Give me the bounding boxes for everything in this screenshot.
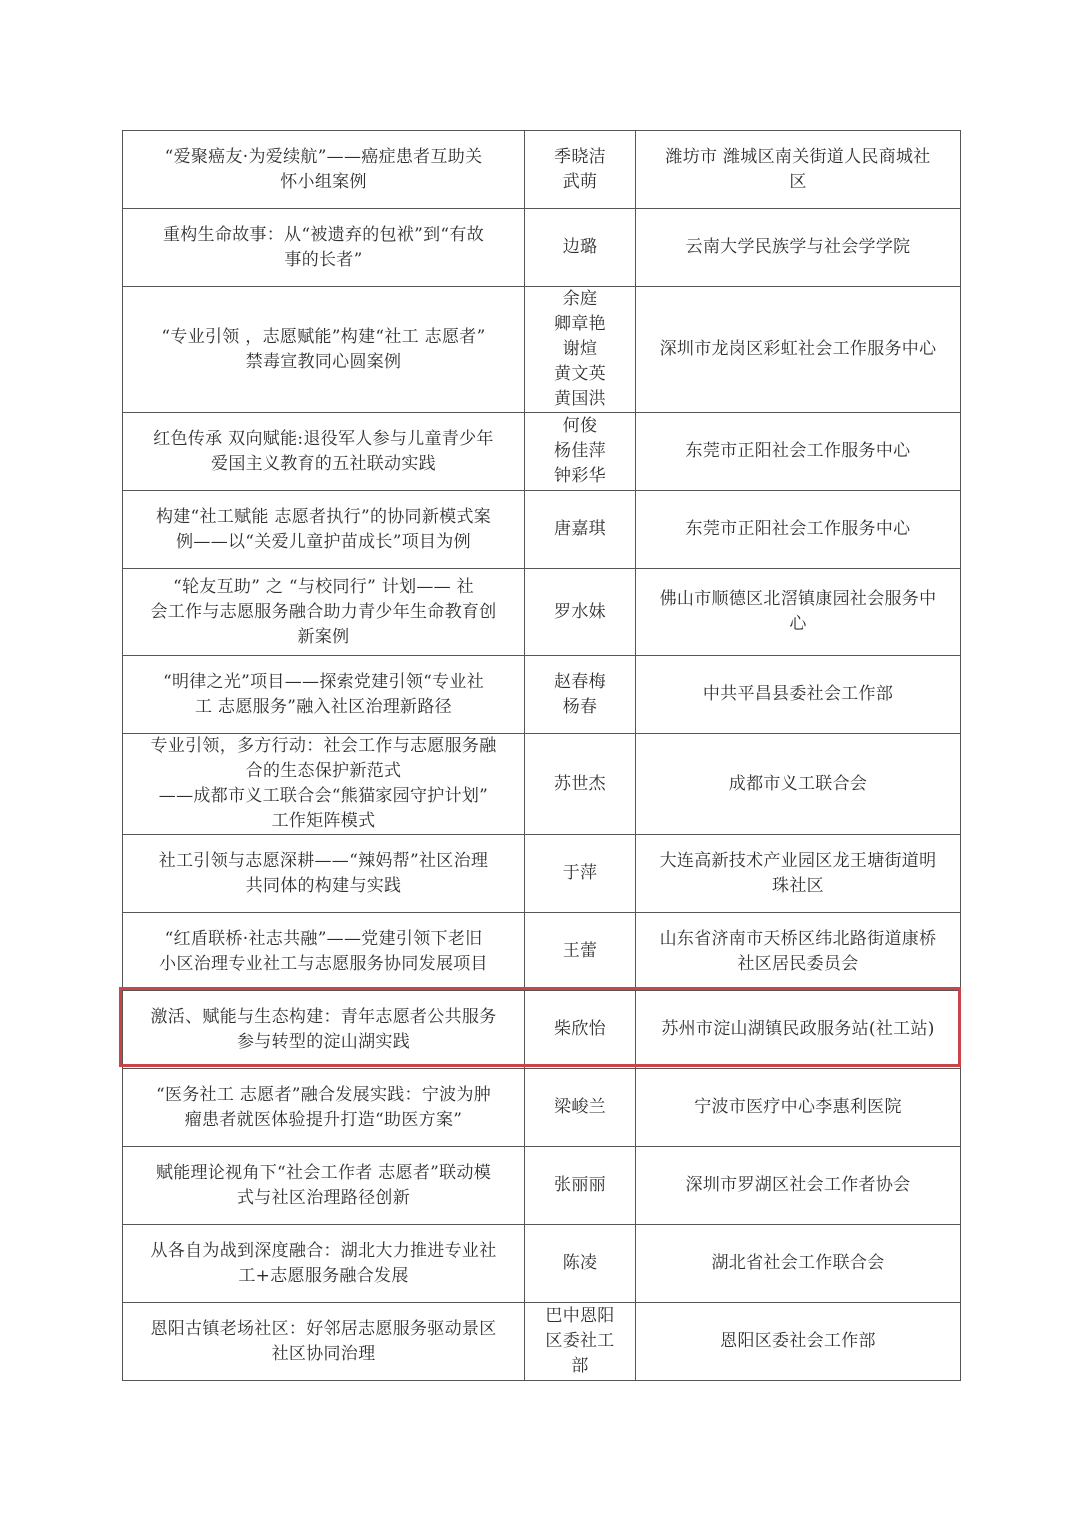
- table-row: 赋能理论视角下“社会工作者 志愿者”联动模式与社区治理路径创新张丽丽深圳市罗湖区…: [123, 1147, 961, 1225]
- author-name: 柴欣怡: [533, 1017, 627, 1042]
- organization-cell: 东莞市正阳社会工作服务中心: [636, 491, 961, 569]
- author-name: 杨春: [533, 695, 627, 720]
- table-row: 红色传承 双向赋能:退役军人参与儿童青少年爱国主义教育的五社联动实践何俊杨佳萍钟…: [123, 413, 961, 491]
- authors-cell: 唐嘉琪: [525, 491, 636, 569]
- organization-cell: 恩阳区委社会工作部: [636, 1303, 961, 1381]
- org-line: 佛山市顺德区北滘镇康园社会服务中: [644, 587, 952, 612]
- org-line: 湖北省社会工作联合会: [644, 1251, 952, 1276]
- title-line: 工作矩阵模式: [131, 809, 516, 834]
- organization-cell: 潍坊市 潍城区南关街道人民商城社区: [636, 131, 961, 209]
- title-line: 红色传承 双向赋能:退役军人参与儿童青少年: [131, 427, 516, 452]
- title-line: 参与转型的淀山湖实践: [131, 1030, 516, 1055]
- title-line: 专业引领，多方行动：社会工作与志愿服务融: [131, 734, 516, 759]
- authors-cell: 余庭卿章艳谢煊黄文英黄国洪: [525, 287, 636, 413]
- org-line: 珠社区: [644, 874, 952, 899]
- org-line: 宁波市医疗中心李惠利医院: [644, 1095, 952, 1120]
- title-line: “专业引领 ，志愿赋能”构建“社工 志愿者”: [131, 325, 516, 350]
- org-line: 区: [644, 170, 952, 195]
- author-name: 区委社工: [533, 1329, 627, 1354]
- table-body: “爱聚癌友·为爱续航”——癌症患者互助关怀小组案例季晓洁武萌潍坊市 潍城区南关街…: [123, 131, 961, 1381]
- title-line: 瘤患者就医体验提升打造“助医方案”: [131, 1108, 516, 1133]
- authors-cell: 罗水妹: [525, 569, 636, 656]
- org-line: 心: [644, 612, 952, 637]
- org-line: 恩阳区委社会工作部: [644, 1329, 952, 1354]
- case-title-cell: “爱聚癌友·为爱续航”——癌症患者互助关怀小组案例: [123, 131, 525, 209]
- authors-cell: 柴欣怡: [525, 991, 636, 1069]
- table-row: 恩阳古镇老场社区：好邻居志愿服务驱动景区社区协同治理巴中恩阳区委社工部恩阳区委社…: [123, 1303, 961, 1381]
- organization-cell: 东莞市正阳社会工作服务中心: [636, 413, 961, 491]
- author-name: 何俊: [533, 414, 627, 439]
- org-line: 云南大学民族学与社会学学院: [644, 235, 952, 260]
- title-line: 工+志愿服务融合发展: [131, 1264, 516, 1289]
- title-line: “明律之光”项目——探索党建引领“专业社: [131, 670, 516, 695]
- author-name: 罗水妹: [533, 600, 627, 625]
- author-name: 钟彩华: [533, 464, 627, 489]
- table-row: “医务社工 志愿者”融合发展实践：宁波为肿瘤患者就医体验提升打造“助医方案”梁峻…: [123, 1069, 961, 1147]
- table-row: 社工引领与志愿深耕——“辣妈帮”社区治理共同体的构建与实践于萍大连高新技术产业园…: [123, 835, 961, 913]
- table-row: “专业引领 ，志愿赋能”构建“社工 志愿者”禁毒宣教同心圆案例余庭卿章艳谢煊黄文…: [123, 287, 961, 413]
- title-line: 构建“社工赋能 志愿者执行”的协同新模式案: [131, 505, 516, 530]
- case-title-cell: 社工引领与志愿深耕——“辣妈帮”社区治理共同体的构建与实践: [123, 835, 525, 913]
- title-line: 怀小组案例: [131, 170, 516, 195]
- title-line: 新案例: [131, 625, 516, 650]
- case-title-cell: 赋能理论视角下“社会工作者 志愿者”联动模式与社区治理路径创新: [123, 1147, 525, 1225]
- organization-cell: 湖北省社会工作联合会: [636, 1225, 961, 1303]
- document-page: “爱聚癌友·为爱续航”——癌症患者互助关怀小组案例季晓洁武萌潍坊市 潍城区南关街…: [0, 0, 1080, 1527]
- title-line: 共同体的构建与实践: [131, 874, 516, 899]
- title-line: “爱聚癌友·为爱续航”——癌症患者互助关: [131, 145, 516, 170]
- title-line: 会工作与志愿服务融合助力青少年生命教育创: [131, 600, 516, 625]
- org-line: 成都市义工联合会: [644, 772, 952, 797]
- organization-cell: 山东省济南市天桥区纬北路街道康桥社区居民委员会: [636, 913, 961, 991]
- table-row: 重构生命故事：从“被遗弃的包袱”到“有故事的长者”边璐云南大学民族学与社会学学院: [123, 209, 961, 287]
- author-name: 巴中恩阳: [533, 1304, 627, 1329]
- author-name: 武萌: [533, 170, 627, 195]
- org-line: 中共平昌县委社会工作部: [644, 682, 952, 707]
- author-name: 黄文英: [533, 362, 627, 387]
- author-name: 唐嘉琪: [533, 517, 627, 542]
- title-line: 重构生命故事：从“被遗弃的包袱”到“有故: [131, 223, 516, 248]
- case-title-cell: 专业引领，多方行动：社会工作与志愿服务融合的生态保护新范式——成都市义工联合会“…: [123, 734, 525, 835]
- title-line: 式与社区治理路径创新: [131, 1186, 516, 1211]
- author-name: 于萍: [533, 861, 627, 886]
- org-line: 山东省济南市天桥区纬北路街道康桥: [644, 927, 952, 952]
- title-line: 社区协同治理: [131, 1342, 516, 1367]
- case-title-cell: 从各自为战到深度融合：湖北大力推进专业社工+志愿服务融合发展: [123, 1225, 525, 1303]
- table-row: “明律之光”项目——探索党建引领“专业社工 志愿服务”融入社区治理新路径赵春梅杨…: [123, 656, 961, 734]
- case-title-cell: “明律之光”项目——探索党建引领“专业社工 志愿服务”融入社区治理新路径: [123, 656, 525, 734]
- author-name: 赵春梅: [533, 670, 627, 695]
- authors-cell: 何俊杨佳萍钟彩华: [525, 413, 636, 491]
- case-title-cell: 红色传承 双向赋能:退役军人参与儿童青少年爱国主义教育的五社联动实践: [123, 413, 525, 491]
- title-line: 恩阳古镇老场社区：好邻居志愿服务驱动景区: [131, 1317, 516, 1342]
- title-line: 禁毒宣教同心圆案例: [131, 350, 516, 375]
- organization-cell: 宁波市医疗中心李惠利医院: [636, 1069, 961, 1147]
- case-title-cell: 恩阳古镇老场社区：好邻居志愿服务驱动景区社区协同治理: [123, 1303, 525, 1381]
- org-line: 东莞市正阳社会工作服务中心: [644, 517, 952, 542]
- authors-cell: 王蕾: [525, 913, 636, 991]
- authors-cell: 季晓洁武萌: [525, 131, 636, 209]
- author-name: 陈凌: [533, 1251, 627, 1276]
- organization-cell: 大连高新技术产业园区龙王塘街道明珠社区: [636, 835, 961, 913]
- authors-cell: 张丽丽: [525, 1147, 636, 1225]
- title-line: “红盾联桥·社志共融”——党建引领下老旧: [131, 927, 516, 952]
- case-title-cell: “医务社工 志愿者”融合发展实践：宁波为肿瘤患者就医体验提升打造“助医方案”: [123, 1069, 525, 1147]
- title-line: 例——以“关爱儿童护苗成长”项目为例: [131, 530, 516, 555]
- title-line: 赋能理论视角下“社会工作者 志愿者”联动模: [131, 1161, 516, 1186]
- author-name: 张丽丽: [533, 1173, 627, 1198]
- table-row: 激活、赋能与生态构建：青年志愿者公共服务参与转型的淀山湖实践柴欣怡苏州市淀山湖镇…: [123, 991, 961, 1069]
- case-title-cell: “红盾联桥·社志共融”——党建引领下老旧小区治理专业社工与志愿服务协同发展项目: [123, 913, 525, 991]
- author-name: 谢煊: [533, 337, 627, 362]
- title-line: 工 志愿服务”融入社区治理新路径: [131, 695, 516, 720]
- title-line: 从各自为战到深度融合：湖北大力推进专业社: [131, 1239, 516, 1264]
- table-row: “轮友互助” 之 “与校同行” 计划—— 社会工作与志愿服务融合助力青少年生命教…: [123, 569, 961, 656]
- title-line: ——成都市义工联合会“熊猫家园守护计划”: [131, 784, 516, 809]
- org-line: 深圳市罗湖区社会工作者协会: [644, 1173, 952, 1198]
- table-row: 构建“社工赋能 志愿者执行”的协同新模式案例——以“关爱儿童护苗成长”项目为例唐…: [123, 491, 961, 569]
- organization-cell: 深圳市罗湖区社会工作者协会: [636, 1147, 961, 1225]
- org-line: 大连高新技术产业园区龙王塘街道明: [644, 849, 952, 874]
- organization-cell: 中共平昌县委社会工作部: [636, 656, 961, 734]
- author-name: 黄国洪: [533, 387, 627, 412]
- authors-cell: 陈凌: [525, 1225, 636, 1303]
- author-name: 部: [533, 1354, 627, 1379]
- case-list-table: “爱聚癌友·为爱续航”——癌症患者互助关怀小组案例季晓洁武萌潍坊市 潍城区南关街…: [122, 130, 961, 1381]
- org-line: 深圳市龙岗区彩虹社会工作服务中心: [644, 337, 952, 362]
- authors-cell: 赵春梅杨春: [525, 656, 636, 734]
- title-line: 社工引领与志愿深耕——“辣妈帮”社区治理: [131, 849, 516, 874]
- organization-cell: 成都市义工联合会: [636, 734, 961, 835]
- author-name: 杨佳萍: [533, 439, 627, 464]
- title-line: 小区治理专业社工与志愿服务协同发展项目: [131, 952, 516, 977]
- author-name: 卿章艳: [533, 312, 627, 337]
- org-line: 东莞市正阳社会工作服务中心: [644, 439, 952, 464]
- title-line: 事的长者”: [131, 248, 516, 273]
- case-title-cell: “专业引领 ，志愿赋能”构建“社工 志愿者”禁毒宣教同心圆案例: [123, 287, 525, 413]
- authors-cell: 梁峻兰: [525, 1069, 636, 1147]
- title-line: 激活、赋能与生态构建：青年志愿者公共服务: [131, 1005, 516, 1030]
- authors-cell: 边璐: [525, 209, 636, 287]
- organization-cell: 深圳市龙岗区彩虹社会工作服务中心: [636, 287, 961, 413]
- authors-cell: 苏世杰: [525, 734, 636, 835]
- author-name: 边璐: [533, 235, 627, 260]
- case-title-cell: “轮友互助” 之 “与校同行” 计划—— 社会工作与志愿服务融合助力青少年生命教…: [123, 569, 525, 656]
- title-line: “轮友互助” 之 “与校同行” 计划—— 社: [131, 575, 516, 600]
- title-line: “医务社工 志愿者”融合发展实践：宁波为肿: [131, 1083, 516, 1108]
- authors-cell: 巴中恩阳区委社工部: [525, 1303, 636, 1381]
- title-line: 爱国主义教育的五社联动实践: [131, 452, 516, 477]
- table-row: 从各自为战到深度融合：湖北大力推进专业社工+志愿服务融合发展陈凌湖北省社会工作联…: [123, 1225, 961, 1303]
- authors-cell: 于萍: [525, 835, 636, 913]
- case-title-cell: 重构生命故事：从“被遗弃的包袱”到“有故事的长者”: [123, 209, 525, 287]
- org-line: 潍坊市 潍城区南关街道人民商城社: [644, 145, 952, 170]
- author-name: 梁峻兰: [533, 1095, 627, 1120]
- organization-cell: 佛山市顺德区北滘镇康园社会服务中心: [636, 569, 961, 656]
- organization-cell: 苏州市淀山湖镇民政服务站(社工站): [636, 991, 961, 1069]
- org-line: 社区居民委员会: [644, 952, 952, 977]
- case-title-cell: 激活、赋能与生态构建：青年志愿者公共服务参与转型的淀山湖实践: [123, 991, 525, 1069]
- author-name: 王蕾: [533, 939, 627, 964]
- title-line: 合的生态保护新范式: [131, 759, 516, 784]
- author-name: 余庭: [533, 287, 627, 312]
- organization-cell: 云南大学民族学与社会学学院: [636, 209, 961, 287]
- table-row: 专业引领，多方行动：社会工作与志愿服务融合的生态保护新范式——成都市义工联合会“…: [123, 734, 961, 835]
- author-name: 苏世杰: [533, 772, 627, 797]
- table-row: “红盾联桥·社志共融”——党建引领下老旧小区治理专业社工与志愿服务协同发展项目王…: [123, 913, 961, 991]
- case-title-cell: 构建“社工赋能 志愿者执行”的协同新模式案例——以“关爱儿童护苗成长”项目为例: [123, 491, 525, 569]
- author-name: 季晓洁: [533, 145, 627, 170]
- table-row: “爱聚癌友·为爱续航”——癌症患者互助关怀小组案例季晓洁武萌潍坊市 潍城区南关街…: [123, 131, 961, 209]
- org-line: 苏州市淀山湖镇民政服务站(社工站): [644, 1017, 952, 1042]
